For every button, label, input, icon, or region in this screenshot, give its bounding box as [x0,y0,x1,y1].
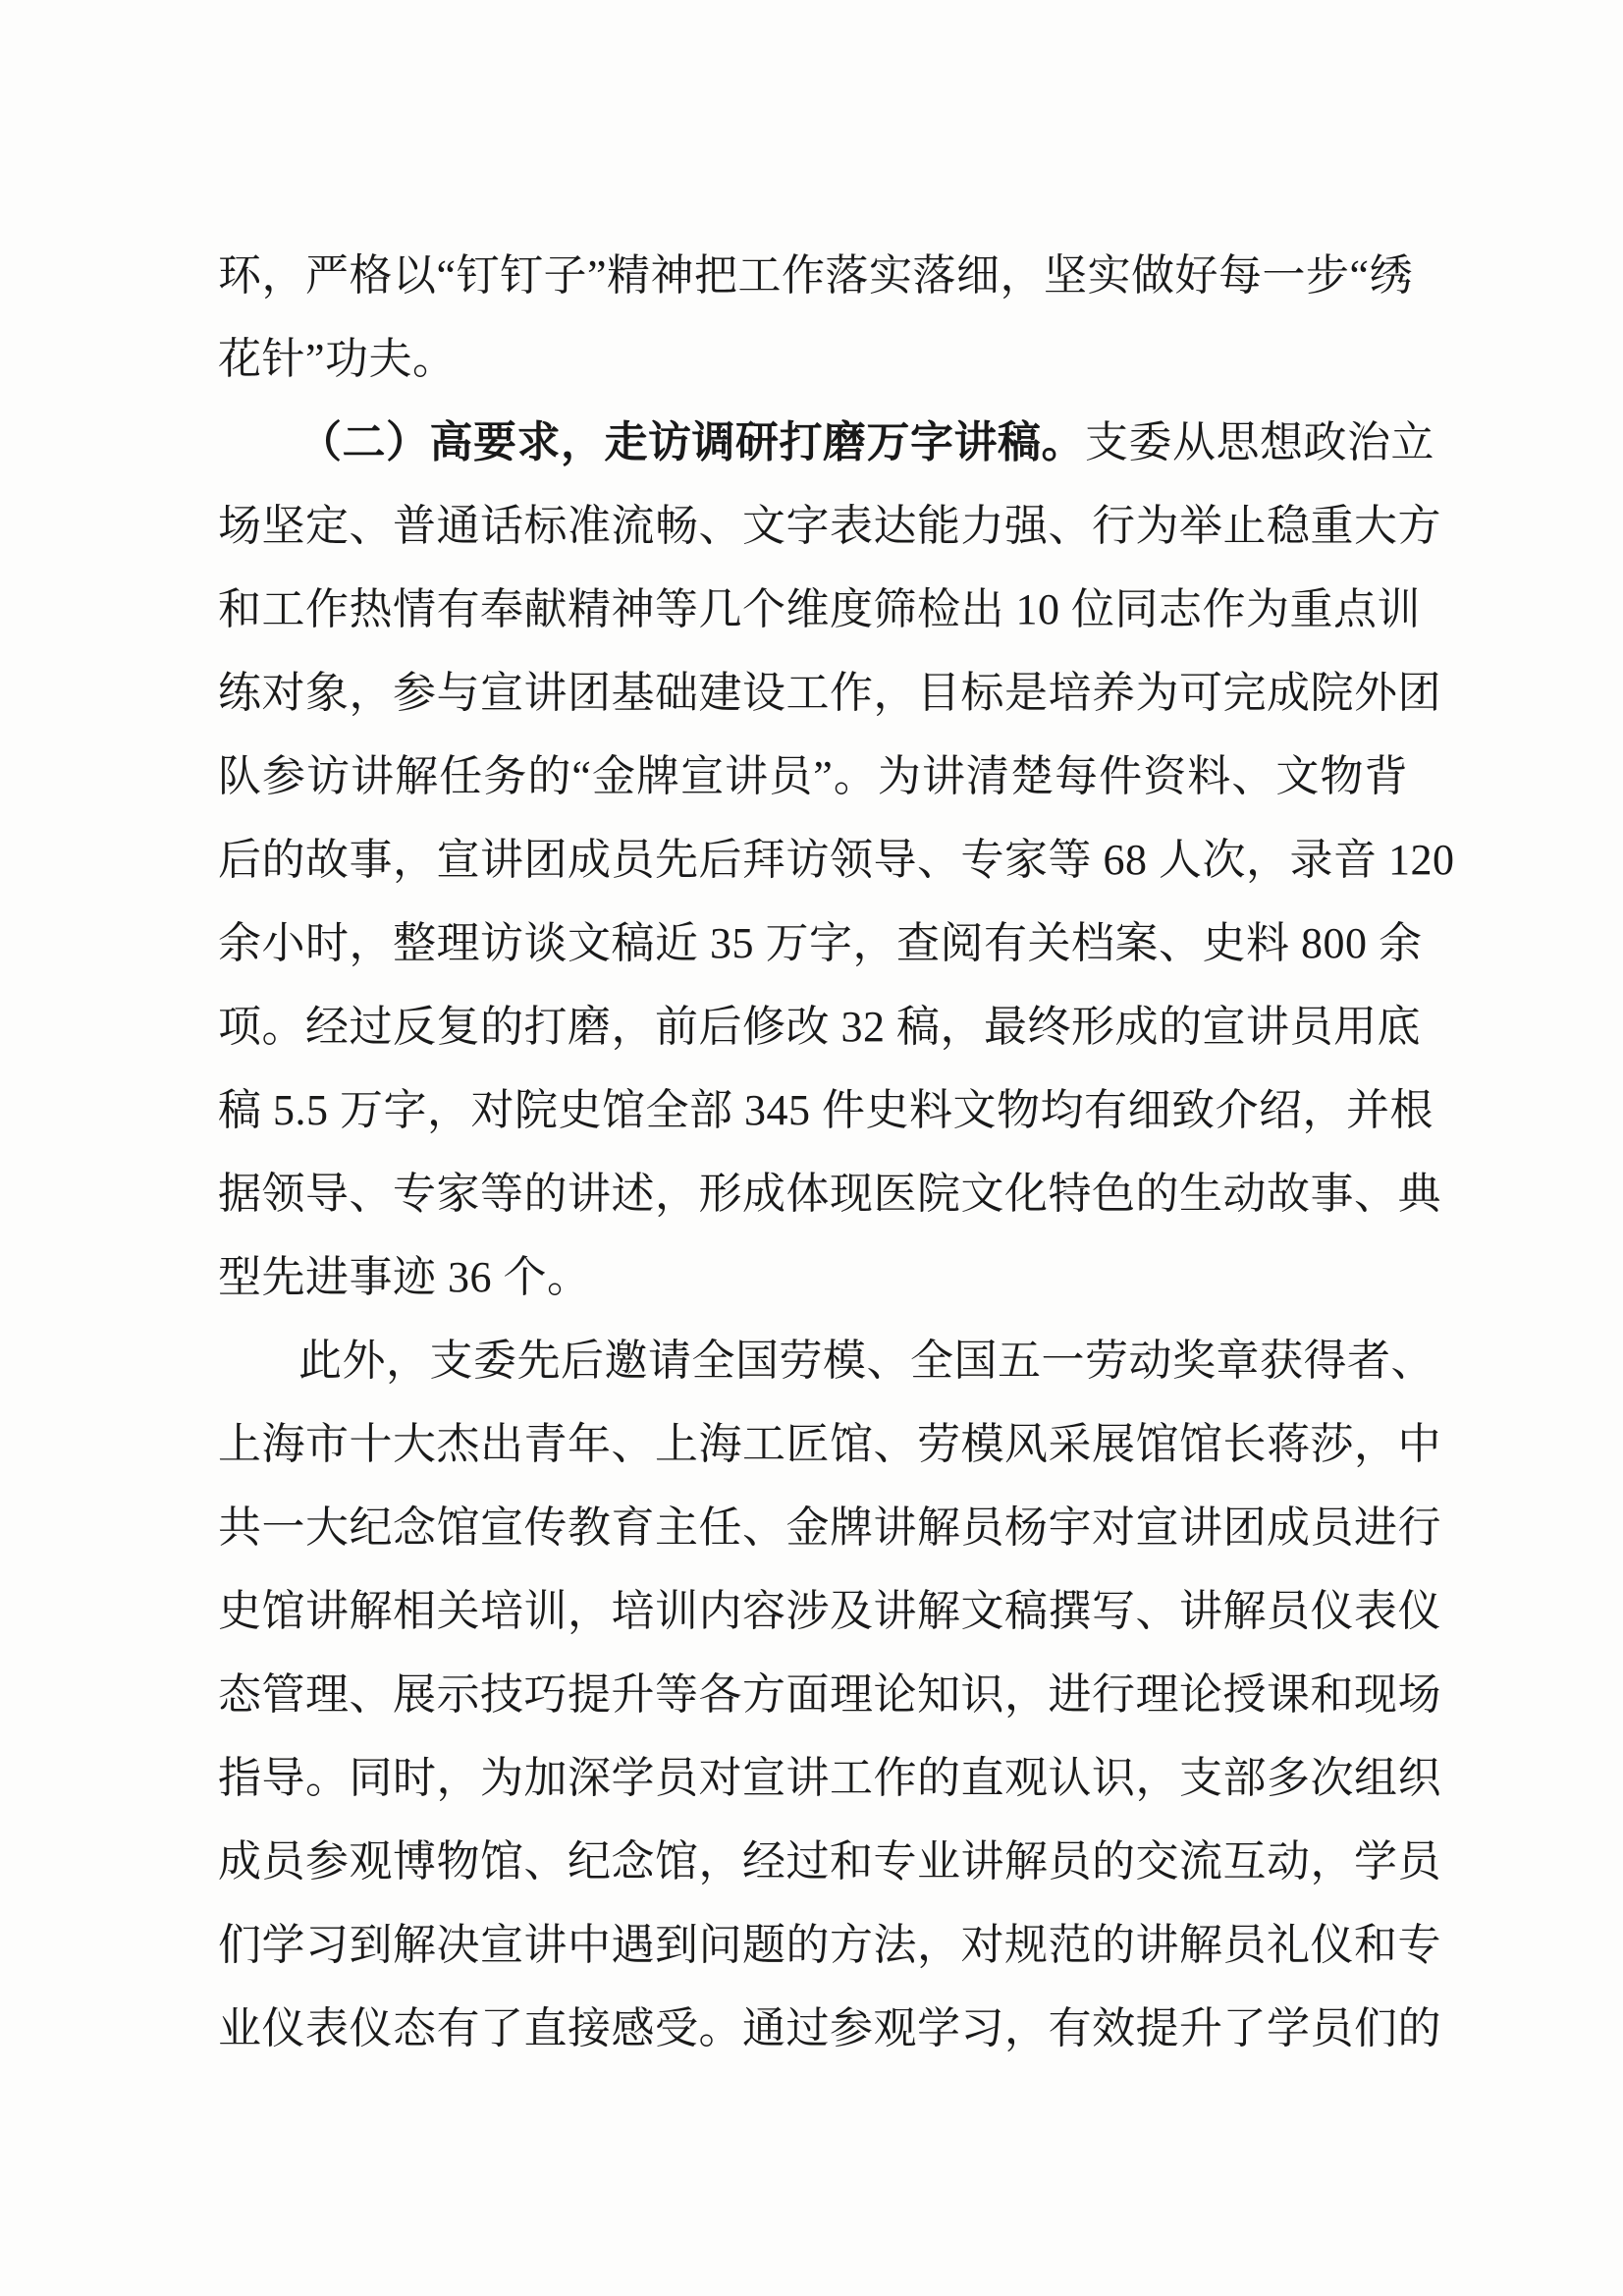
text-line: 态管理、展示技巧提升等各方面理论知识，进行理论授课和现场 [218,1653,1408,1736]
text-run: 们学习到解决宣讲中遇到问题的方法，对规范的讲解员礼仪和专 [218,1921,1441,1969]
section-heading-run: （二）高要求，走访调研打磨万字讲稿。 [298,418,1085,466]
document-page: 环，严格以“钉钉子”精神把工作落实落细，坚实做好每一步“绣 花针”功夫。 （二）… [0,0,1623,2296]
text-line: 练对象，参与宣讲团基础建设工作，目标是培养为可完成院外团 [218,651,1408,735]
text-run: 场坚定、普通话标准流畅、文字表达能力强、行为举止稳重大方 [218,502,1441,550]
text-run: 队参访讲解任务的“金牌宣讲员”。为讲清楚每件资料、文物背 [218,752,1408,800]
text-line: 项。经过反复的打磨，前后修改 32 稿，最终形成的宣讲员用底 [218,985,1408,1068]
text-run: 环，严格以“钉钉子”精神把工作落实落细，坚实做好每一步“绣 [218,251,1413,300]
text-run: 余小时，整理访谈文稿近 35 万字，查阅有关档案、史料 800 余 [218,919,1423,967]
text-line: 场坚定、普通话标准流畅、文字表达能力强、行为举止稳重大方 [218,484,1408,568]
text-run: 史馆讲解相关培训，培训内容涉及讲解文稿撰写、讲解员仪表仪 [218,1587,1441,1635]
text-line-section-heading: （二）高要求，走访调研打磨万字讲稿。支委从思想政治立 [218,401,1408,484]
text-block: 环，严格以“钉钉子”精神把工作落实落细，坚实做好每一步“绣 花针”功夫。 （二）… [218,234,1408,2070]
text-run: 共一大纪念馆宣传教育主任、金牌讲解员杨宇对宣讲团成员进行 [218,1503,1441,1552]
text-line: 花针”功夫。 [218,317,1408,401]
text-run: 项。经过反复的打磨，前后修改 32 稿，最终形成的宣讲员用底 [218,1003,1421,1051]
text-line: 业仪表仪态有了直接感受。通过参观学习，有效提升了学员们的 [218,1987,1408,2070]
text-run: 成员参观博物馆、纪念馆，经过和专业讲解员的交流互动，学员 [218,1837,1441,1886]
text-line: 稿 5.5 万字，对院史馆全部 345 件史料文物均有细致介绍，并根 [218,1068,1408,1152]
text-line: 型先进事迹 36 个。 [218,1235,1408,1319]
text-line: 指导。同时，为加深学员对宣讲工作的直观认识，支部多次组织 [218,1736,1408,1820]
text-run: 稿 5.5 万字，对院史馆全部 345 件史料文物均有细致介绍，并根 [218,1086,1434,1134]
text-line: 余小时，整理访谈文稿近 35 万字，查阅有关档案、史料 800 余 [218,902,1408,985]
text-run: 上海市十大杰出青年、上海工匠馆、劳模风采展馆馆长蒋莎，中 [218,1420,1441,1468]
text-line: 史馆讲解相关培训，培训内容涉及讲解文稿撰写、讲解员仪表仪 [218,1569,1408,1653]
text-line: 共一大纪念馆宣传教育主任、金牌讲解员杨宇对宣讲团成员进行 [218,1486,1408,1569]
text-run: 型先进事迹 36 个。 [218,1253,591,1301]
text-line: 和工作热情有奉献精神等几个维度筛检出 10 位同志作为重点训 [218,568,1408,651]
text-line: 们学习到解决宣讲中遇到问题的方法，对规范的讲解员礼仪和专 [218,1903,1408,1987]
text-run: 花针”功夫。 [218,335,457,383]
text-run: 此外，支委先后邀请全国劳模、全国五一劳动奖章获得者、 [298,1337,1434,1385]
text-run: 支委从思想政治立 [1085,418,1434,466]
text-line: 上海市十大杰出青年、上海工匠馆、劳模风采展馆馆长蒋莎，中 [218,1402,1408,1486]
text-line: 据领导、专家等的讲述，形成体现医院文化特色的生动故事、典 [218,1152,1408,1235]
text-run: 业仪表仪态有了直接感受。通过参观学习，有效提升了学员们的 [218,2004,1441,2052]
text-run: 和工作热情有奉献精神等几个维度筛检出 10 位同志作为重点训 [218,585,1421,633]
text-line: 成员参观博物馆、纪念馆，经过和专业讲解员的交流互动，学员 [218,1820,1408,1903]
text-run: 练对象，参与宣讲团基础建设工作，目标是培养为可完成院外团 [218,669,1441,717]
text-line: 环，严格以“钉钉子”精神把工作落实落细，坚实做好每一步“绣 [218,234,1408,317]
text-run: 据领导、专家等的讲述，形成体现医院文化特色的生动故事、典 [218,1170,1441,1218]
text-line-paragraph-start: 此外，支委先后邀请全国劳模、全国五一劳动奖章获得者、 [218,1319,1408,1402]
text-run: 态管理、展示技巧提升等各方面理论知识，进行理论授课和现场 [218,1670,1441,1719]
text-run: 后的故事，宣讲团成员先后拜访领导、专家等 68 人次，录音 120 [218,836,1455,884]
text-run: 指导。同时，为加深学员对宣讲工作的直观认识，支部多次组织 [218,1754,1441,1802]
text-line: 队参访讲解任务的“金牌宣讲员”。为讲清楚每件资料、文物背 [218,735,1408,818]
text-line: 后的故事，宣讲团成员先后拜访领导、专家等 68 人次，录音 120 [218,818,1408,902]
